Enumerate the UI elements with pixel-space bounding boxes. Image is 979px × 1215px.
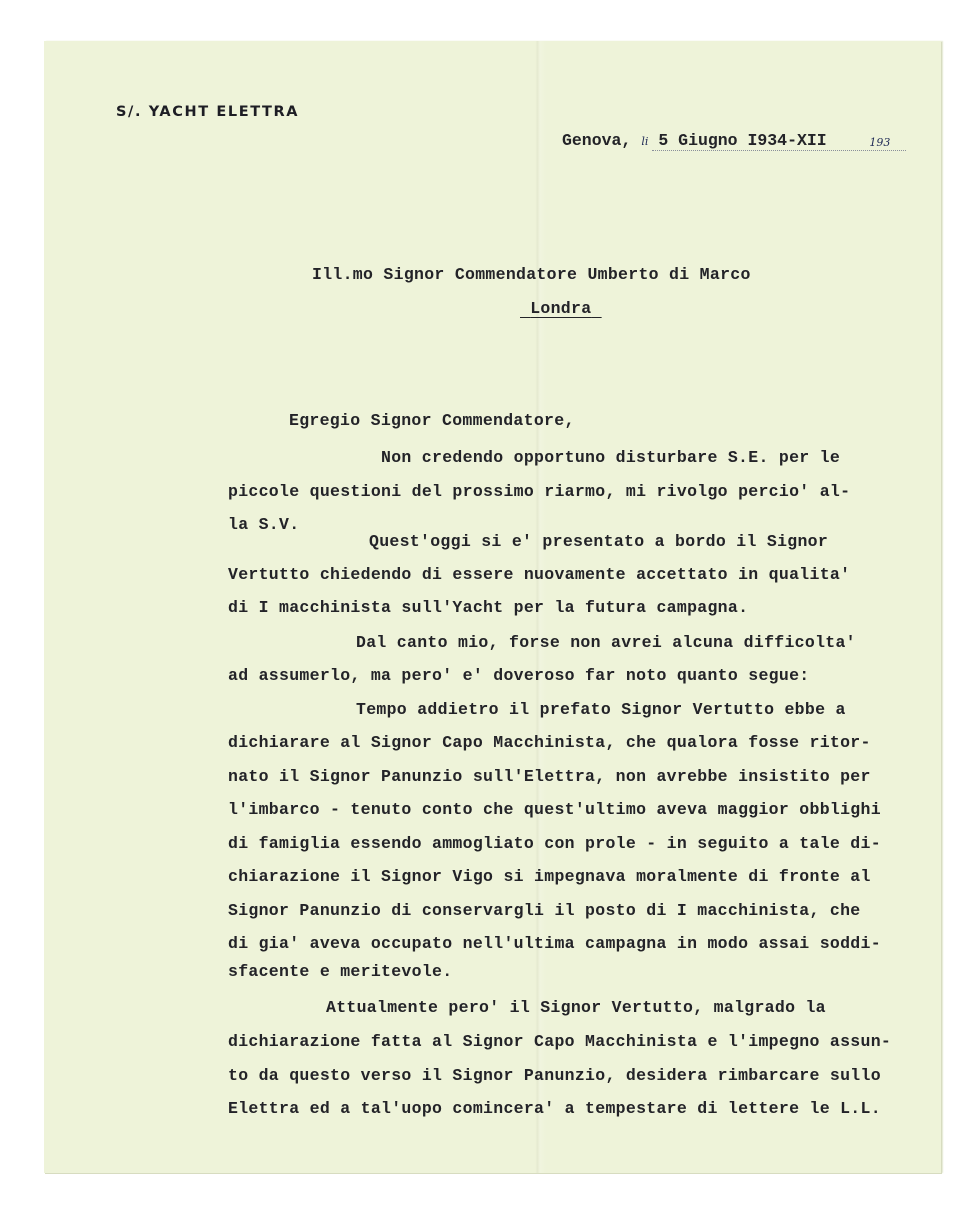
- body-line: Tempo addietro il prefato Signor Vertutt…: [356, 700, 846, 719]
- dateline-li-label: li: [641, 135, 648, 148]
- dateline-year-preprint: 193: [869, 136, 890, 149]
- body-line: Non credendo opportuno disturbare S.E. p…: [381, 448, 840, 467]
- body-line: la S.V.: [228, 515, 299, 534]
- body-line: di gia' aveva occupato nell'ultima campa…: [228, 934, 881, 953]
- body-line: Signor Panunzio di conservargli il posto…: [228, 901, 861, 920]
- body-line: nato il Signor Panunzio sull'Elettra, no…: [228, 767, 871, 786]
- dateline-city: Genova,: [562, 131, 631, 150]
- addressee-city-text: Londra: [530, 299, 591, 318]
- dateline-date-field: 5 Giugno I934-XII 193: [652, 131, 906, 151]
- dateline-date: 5 Giugno I934-XII: [658, 131, 826, 150]
- dateline: Genova, li 5 Giugno I934-XII 193: [562, 131, 906, 151]
- addressee-city: Londra: [520, 299, 602, 318]
- body-line: piccole questioni del prossimo riarmo, m…: [228, 482, 850, 501]
- body-line: Elettra ed a tal'uopo comincera' a tempe…: [228, 1099, 881, 1118]
- body-line: Quest'oggi si e' presentato a bordo il S…: [369, 532, 828, 551]
- body-line: dichiarazione fatta al Signor Capo Macch…: [228, 1032, 891, 1051]
- salutation: Egregio Signor Commendatore,: [289, 411, 575, 430]
- letterhead: S/. YACHT ELETTRA: [116, 104, 299, 120]
- body-line: dichiarare al Signor Capo Macchinista, c…: [228, 733, 871, 752]
- body-line: Attualmente pero' il Signor Vertutto, ma…: [326, 998, 826, 1017]
- body-line: Vertutto chiedendo di essere nuovamente …: [228, 565, 850, 584]
- body-line: chiarazione il Signor Vigo si impegnava …: [228, 867, 871, 886]
- addressee-line-1: Ill.mo Signor Commendatore Umberto di Ma…: [312, 265, 751, 284]
- body-line: Dal canto mio, forse non avrei alcuna di…: [356, 633, 856, 652]
- body-line: sfacente e meritevole.: [228, 962, 452, 981]
- body-line: di famiglia essendo ammogliato con prole…: [228, 834, 881, 853]
- body-line: ad assumerlo, ma pero' e' doveroso far n…: [228, 666, 810, 685]
- body-line: l'imbarco - tenuto conto che quest'ultim…: [228, 800, 881, 819]
- body-line: to da questo verso il Signor Panunzio, d…: [228, 1066, 881, 1085]
- body-line: di I macchinista sull'Yacht per la futur…: [228, 598, 748, 617]
